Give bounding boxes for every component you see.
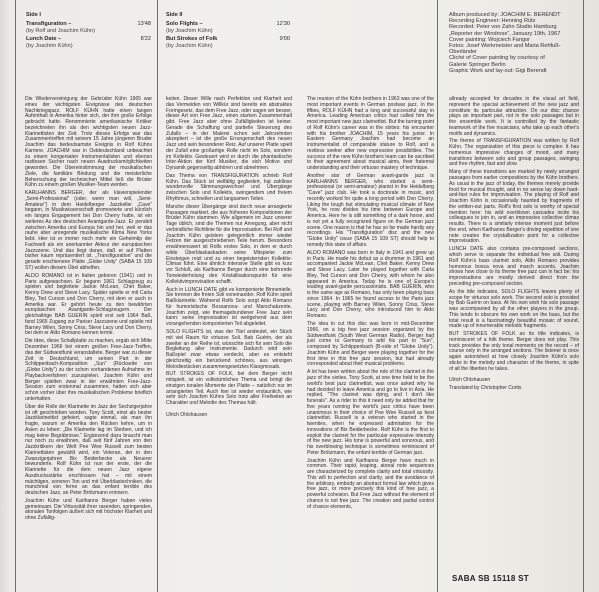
side-label: Side II <box>166 12 290 19</box>
paragraph: Joachim Kühn und Karlhanns Berger haben … <box>25 499 152 522</box>
paragraph: KARLHANNS BERGER, der als klavierspielen… <box>25 191 152 272</box>
column-rule <box>437 0 438 592</box>
paragraph: Die Wiedervereinigung der Gebrüder Kühn … <box>25 97 152 189</box>
track-row: But Strokes of Folk 9'00 <box>166 36 290 43</box>
track-credit: (by Joachim Kühn) <box>166 43 290 50</box>
paragraph: The theme of TRANSFIGURATION was written… <box>449 139 579 168</box>
track-duration: 12'30 <box>276 21 290 28</box>
paragraph: Joachim Kühn and Karlhanns Berger have m… <box>307 459 434 511</box>
paragraph: Many of these transitions are marked by … <box>449 170 579 245</box>
paragraph: LUNCH DATE also contains pre-composed se… <box>449 247 579 287</box>
paragraph: allready accepted for decades in the vis… <box>449 97 579 137</box>
paragraph: The reunion of the Kühn brothers in 1963… <box>307 97 434 172</box>
side2-tracklist: Side II Solo Flights – 12'30 (by Joachim… <box>166 12 290 50</box>
paragraph: Manche dieser Übergänge sind durch neue … <box>166 205 292 286</box>
side-label: Side I <box>26 12 151 19</box>
track-duration: 8'22 <box>141 36 151 43</box>
catalog-number: SABA SB 15118 ST <box>452 574 529 583</box>
paragraph: BUT STROKES OF FOLK as its title indicat… <box>449 332 579 372</box>
track-title: Solo Flights – <box>166 21 203 28</box>
track-duration: 9'00 <box>280 36 290 43</box>
track-row: Solo Flights – 12'30 <box>166 21 290 28</box>
paragraph: Auch in LUNCH DATE gibt es komponierte B… <box>166 288 292 328</box>
paragraph: BUT STROKES OF FOLK, bei dem Berger nich… <box>166 372 292 407</box>
paragraph: ALDO ROMANO ist in Italien geboren (1941… <box>25 274 152 337</box>
credit-line: Graphic Work and lay-out: Gigi Berendt <box>449 68 579 74</box>
author-signature: Ulrich Ohlshausen <box>166 413 292 419</box>
column-rule <box>157 0 158 592</box>
column-rule <box>15 0 16 592</box>
track-duration: 13'48 <box>137 21 151 28</box>
translator-credit: Translated by Christopher Cortis <box>449 386 579 392</box>
credit-line: Fotos: Josef Werkmeister and Maria Rehfu… <box>449 43 579 55</box>
side1-tracklist: Side I Transfiguration – 13'48 (by Rolf … <box>26 12 151 50</box>
record-sleeve-back: Side I Transfiguration – 13'48 (by Rolf … <box>0 0 599 592</box>
paragraph: Über die Rolle der Klarinette im Jazz de… <box>25 405 152 497</box>
english-text-col2: allready accepted for decades in the vis… <box>449 97 579 392</box>
column-rule <box>583 0 584 592</box>
track-title: Lunch Date – <box>26 36 61 43</box>
track-title: But Strokes of Folk <box>166 36 217 43</box>
paragraph: ALDO ROMANO was born in Italy in 1941 an… <box>307 251 434 320</box>
author-signature: Ulrich Ohlshausen <box>449 378 579 384</box>
track-credit: (by Joachim Kühn) <box>166 28 290 35</box>
paragraph: Die Idee, diese Schallplatte zu machen, … <box>25 339 152 402</box>
paragraph: keiten. Dieser Wille nach Perfektion und… <box>166 97 292 172</box>
paragraph: Another star of German avant-garde jazz … <box>307 174 434 249</box>
album-credits: Album produced by: JOACHIM E. BERENDT Re… <box>449 12 579 74</box>
track-credit: (by Joachim Kühn) <box>26 43 151 50</box>
paragraph: As the title indicates, SOLO FLIGHTS lea… <box>449 290 579 330</box>
track-row: Lunch Date – 8'22 <box>26 36 151 43</box>
track-credit: (by Rolf and Joachim Kühn) <box>26 28 151 35</box>
english-text-col1: The reunion of the Kühn brothers in 1963… <box>307 97 434 513</box>
paragraph: A lot has been written about the role of… <box>307 370 434 456</box>
german-text-col1: Die Wiedervereinigung der Gebrüder Kühn … <box>25 97 152 524</box>
track-row: Transfiguration – 13'48 <box>26 21 151 28</box>
german-text-col2: keiten. Dieser Wille nach Perfektion und… <box>166 97 292 421</box>
credit-line: „Reporter der Windrose“, January 19th, 1… <box>449 31 579 37</box>
paragraph: Das Thema von TRANSFIGURATION schrieb Ro… <box>166 174 292 203</box>
track-title: Transfiguration – <box>26 21 71 28</box>
paragraph: SOLO FLIGHTS ist, was der Titel andeutet… <box>166 330 292 370</box>
paragraph: The idea to cut this disc was born in mi… <box>307 322 434 368</box>
